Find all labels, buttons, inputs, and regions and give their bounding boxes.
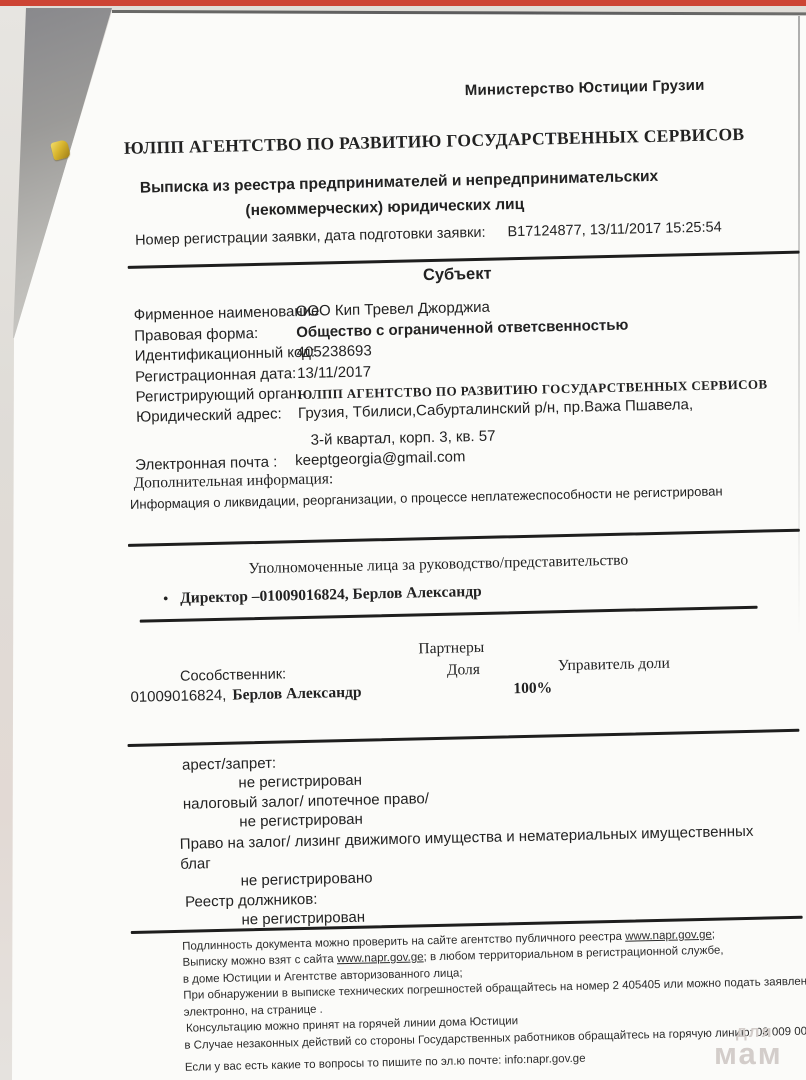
field-label-reg-authority: Регистрирующий орган: bbox=[135, 385, 301, 406]
application-number-label: Номер регистрации заявки, дата подготовк… bbox=[135, 225, 486, 249]
document-content: Министерство Юстиции Грузии ЮЛПП АГЕНТСТ… bbox=[120, 44, 806, 1079]
field-value-reg-date: 13/11/2017 bbox=[297, 363, 371, 382]
footer-email: info:napr.gov.ge bbox=[504, 1053, 585, 1067]
partners-col-share: Доля bbox=[447, 661, 480, 680]
owner-row: 01009016824,Берлов Александр bbox=[130, 684, 361, 707]
field-value-id-code: 405238693 bbox=[296, 342, 371, 361]
email-label: Электронная почта : bbox=[135, 454, 278, 474]
agency-title: ЮЛПП АГЕНТСТВО ПО РАЗВИТИЮ ГОСУДАРСТВЕНН… bbox=[124, 124, 724, 159]
field-label-company-name: Фирменное наименование bbox=[134, 303, 320, 324]
encumbrance-status-pledge: не регистрировано bbox=[240, 869, 372, 889]
application-number-value: В17124877, 13/11/2017 15:25:54 bbox=[507, 219, 722, 240]
footer-line-8-text: Если у вас есть какие то вопросы то пиши… bbox=[185, 1055, 505, 1074]
field-label-legal-address: Юридический адрес: bbox=[136, 405, 282, 425]
separator-rule-2 bbox=[128, 529, 800, 547]
partners-col-manager: Управитель доли bbox=[558, 655, 670, 676]
scan-background: Министерство Юстиции Грузии ЮЛПП АГЕНТСТ… bbox=[0, 0, 806, 1080]
authorized-heading: Уполномоченные лица за руководство/предс… bbox=[248, 552, 628, 579]
ministry-heading: Министерство Юстиции Грузии bbox=[465, 77, 705, 99]
footer-line-2-text: Выписку можно взят с сайта bbox=[182, 953, 337, 969]
field-value-legal-form: Общество с ограниченной ответсвенностью bbox=[296, 317, 628, 342]
footer-url-1: www.napr.gov.ge bbox=[625, 929, 712, 943]
application-number-line: Номер регистрации заявки, дата подготовк… bbox=[135, 219, 722, 248]
separator-rule-4 bbox=[128, 729, 800, 747]
owner-id-number: 01009016824, bbox=[130, 687, 226, 706]
extract-subtitle-line1: Выписка из реестра предпринимателей и не… bbox=[140, 168, 659, 198]
footer-line-2-tail: ; в любом территориальном в регистрацион… bbox=[423, 945, 723, 964]
director-line: •Директор –01009016824, Берлов Александр bbox=[163, 583, 482, 608]
footer-line-3: в доме Юстиции и Агентстве авторизованно… bbox=[183, 967, 463, 985]
field-label-reg-date: Регистрационная дата: bbox=[135, 365, 296, 386]
address-line2: 3-й квартал, корп. 3, кв. 57 bbox=[310, 428, 495, 449]
footer-line-6: Консультацию можно принят на горячей лин… bbox=[186, 1015, 518, 1035]
footer-line-8: Если у вас есть какие то вопросы то пиши… bbox=[185, 1053, 586, 1074]
encumbrance-status-tax-lien: не регистрирован bbox=[239, 811, 363, 831]
partners-col-owner: Сособственник: bbox=[180, 666, 286, 684]
watermark-line2: мам bbox=[714, 1036, 783, 1072]
email-value: keeptgeorgia@gmail.com bbox=[295, 448, 466, 469]
encumbrance-label-arrest: арест/запрет: bbox=[182, 755, 277, 774]
separator-rule-3 bbox=[140, 606, 758, 623]
extra-info-label: Дополнительная информация: bbox=[133, 470, 333, 493]
partners-heading: Партнеры bbox=[418, 639, 484, 658]
field-label-id-code: Идентификационный код: bbox=[135, 344, 316, 365]
field-label-legal-form: Правовая форма: bbox=[134, 325, 258, 345]
subject-heading: Субъект bbox=[423, 265, 492, 286]
footer-url-2: www.napr.gov.ge bbox=[337, 951, 424, 965]
encumbrance-label-debtors: Реестр должников: bbox=[185, 891, 318, 911]
top-red-strip bbox=[0, 0, 806, 6]
encumbrance-status-arrest: не регистрирован bbox=[238, 772, 362, 792]
footer-line-5: электронно, на странице . bbox=[183, 1004, 322, 1019]
share-value: 100% bbox=[513, 679, 552, 698]
extract-subtitle-line2: (некоммерческих) юридических лиц bbox=[245, 196, 524, 220]
owner-name: Берлов Александр bbox=[232, 684, 362, 704]
encumbrance-label-tax-lien: налоговый залог/ ипотечное право/ bbox=[183, 790, 429, 813]
bullet-icon: • bbox=[163, 592, 168, 608]
director-text: Директор –01009016824, Берлов Александр bbox=[180, 583, 482, 607]
field-value-company-name: ООО Кип Тревел Джорджиа bbox=[296, 299, 491, 320]
footer-line-1-tail: ; bbox=[712, 929, 715, 941]
